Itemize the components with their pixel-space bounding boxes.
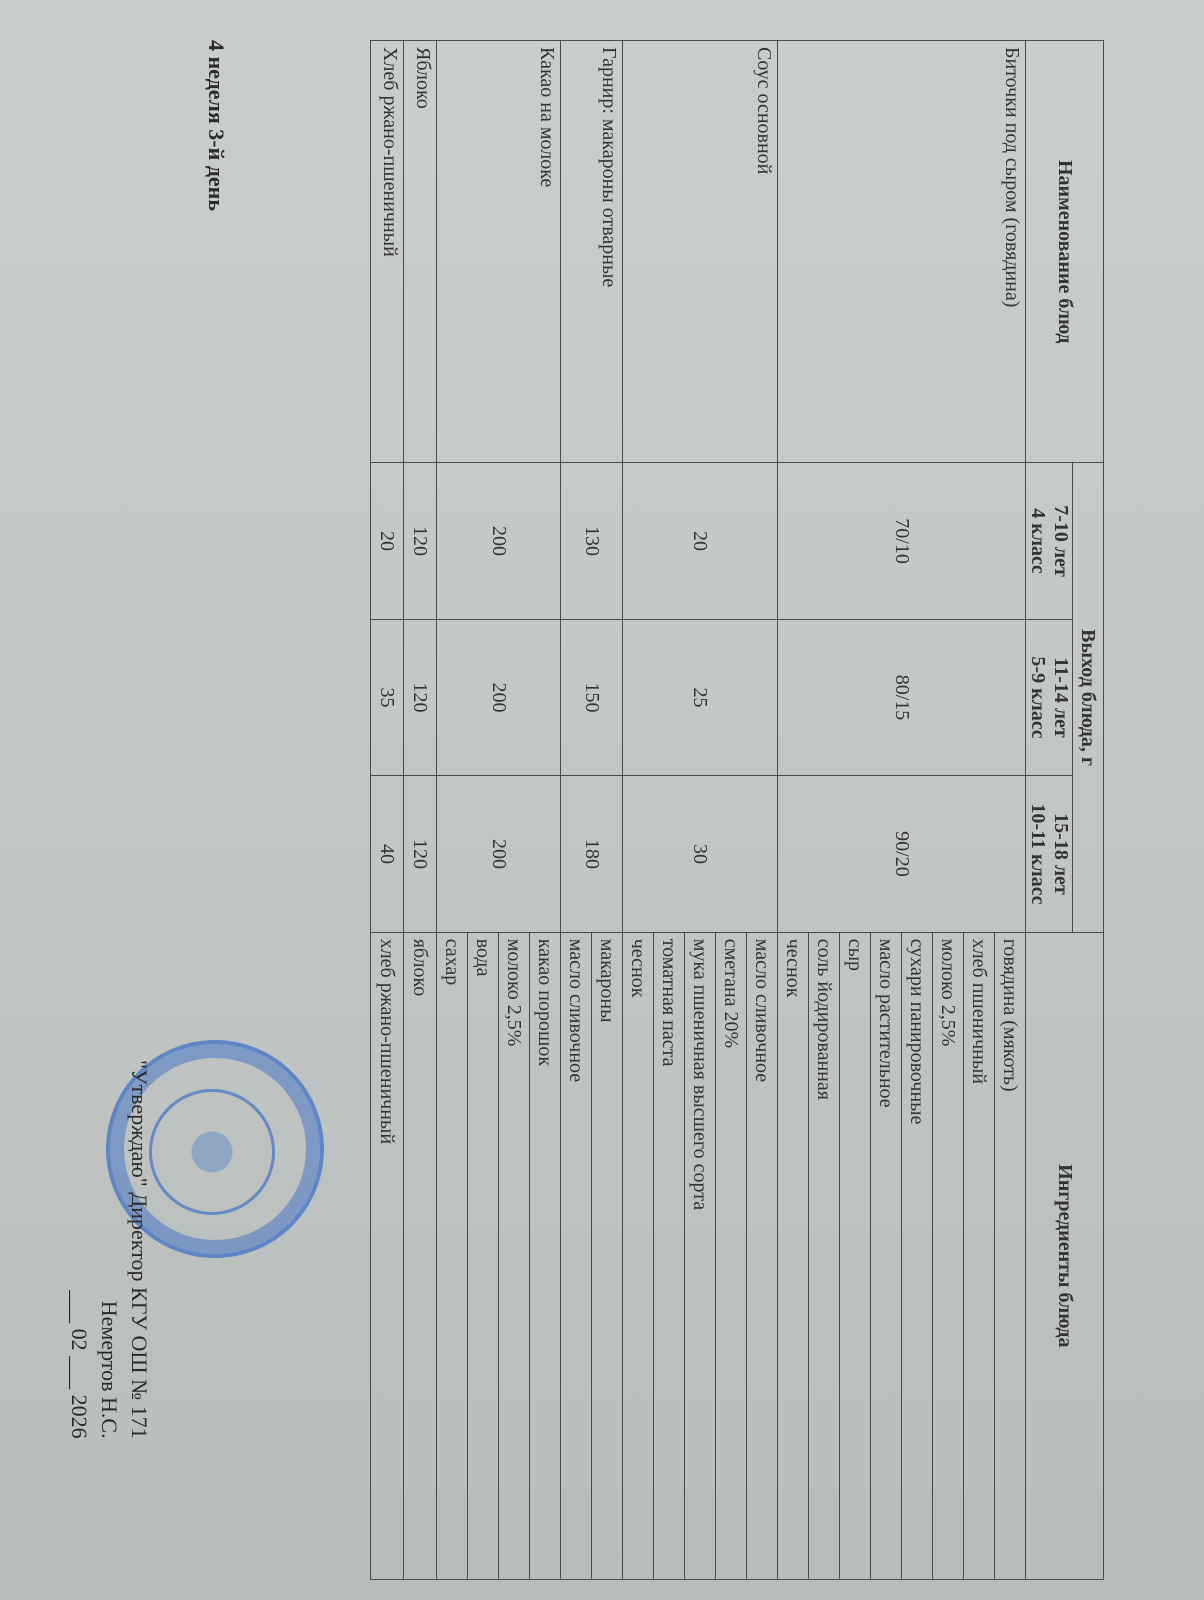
ingredient: мука пшеничная высшего сорта [685,932,716,1579]
ingredient: масло растительное [871,932,902,1579]
weight-11-14: 150 [561,619,623,775]
document-page: 4 неделя 3-й день "Утверждаю" Директор К… [0,0,1204,1600]
weight-15-18: 30 [623,776,778,932]
grade-label: 5-9 класс [1026,626,1049,769]
approval-line-2: Немертов Н.С. [94,1060,124,1439]
table-row: Соус основной202530масло сливочное [747,41,778,1580]
age-label: 11-14 лет [1049,626,1072,769]
header-age-group: 11-14 лет5-9 класс [1026,619,1073,775]
dish-name: Какао на молоке [437,41,561,463]
ingredient: сахар [437,932,468,1579]
ingredient: вода [468,932,499,1579]
weight-15-18: 90/20 [778,776,1026,932]
dish-name: Биточки под сыром (говядина) [778,41,1026,463]
ingredient: сметана 20% [716,932,747,1579]
header-age-group: 7-10 лет4 класс [1026,463,1073,619]
ingredient: сухари панировочные [902,932,933,1579]
ingredient: масло сливочное [747,932,778,1579]
weight-7-10: 70/10 [778,463,1026,619]
weight-15-18: 40 [371,776,404,932]
ingredient: молоко 2,5% [933,932,964,1579]
weight-11-14: 120 [404,619,437,775]
header-age-group: 15-18 лет10-11 класс [1026,776,1073,932]
ingredient: чеснок [623,932,654,1579]
weight-15-18: 180 [561,776,623,932]
grade-label: 10-11 класс [1026,782,1049,925]
ingredient: хлеб пшеничный [964,932,995,1579]
page-title: 4 неделя 3-й день [203,40,229,211]
table-row: Хлеб ржано-пшеничный203540хлеб ржано-пше… [371,41,404,1580]
dish-name: Яблоко [404,41,437,463]
table-row: Гарнир: макароны отварные130150180макаро… [592,41,623,1580]
weight-7-10: 20 [623,463,778,619]
ingredient: соль йодированная [809,932,840,1579]
dish-name: Гарнир: макароны отварные [561,41,623,463]
menu-table: Наименование блюд Выход блюда, г Ингреди… [370,40,1104,1580]
weight-7-10: 200 [437,463,561,619]
dish-name: Соус основной [623,41,778,463]
ingredient: какао порошок [530,932,561,1579]
weight-11-14: 25 [623,619,778,775]
grade-label: 4 класс [1026,469,1049,612]
weight-7-10: 20 [371,463,404,619]
ingredient: говядина (мякоть) [995,932,1026,1579]
weight-15-18: 200 [437,776,561,932]
table-row: Яблоко120120120яблоко [404,41,437,1580]
ingredient: томатная паста [654,932,685,1579]
age-label: 15-18 лет [1049,782,1072,925]
approval-line-3: ___ 02 ___ 2026 [64,1060,94,1439]
ingredient: молоко 2,5% [499,932,530,1579]
dish-name: Хлеб ржано-пшеничный [371,41,404,463]
weight-7-10: 130 [561,463,623,619]
weight-11-14: 35 [371,619,404,775]
header-dish-name: Наименование блюд [1026,41,1104,463]
weight-15-18: 120 [404,776,437,932]
table-row: Какао на молоке200200200какао порошок [530,41,561,1580]
ingredient: яблоко [404,932,437,1579]
age-label: 7-10 лет [1049,469,1072,612]
ingredient: макароны [592,932,623,1579]
weight-11-14: 200 [437,619,561,775]
weight-11-14: 80/15 [778,619,1026,775]
ingredient: чеснок [778,932,809,1579]
ingredient: сыр [840,932,871,1579]
ingredient: хлеб ржано-пшеничный [371,932,404,1579]
header-output: Выход блюда, г [1073,463,1104,932]
approval-line-1: "Утверждаю" Директор КГУ ОШ № 171 [124,1060,154,1439]
ingredient: масло сливочное [561,932,592,1579]
weight-7-10: 120 [404,463,437,619]
approval-block: "Утверждаю" Директор КГУ ОШ № 171 Немерт… [64,1060,154,1439]
table-row: Биточки под сыром (говядина)70/1080/1590… [995,41,1026,1580]
header-ingredients: Ингредиенты блюда [1026,932,1104,1579]
